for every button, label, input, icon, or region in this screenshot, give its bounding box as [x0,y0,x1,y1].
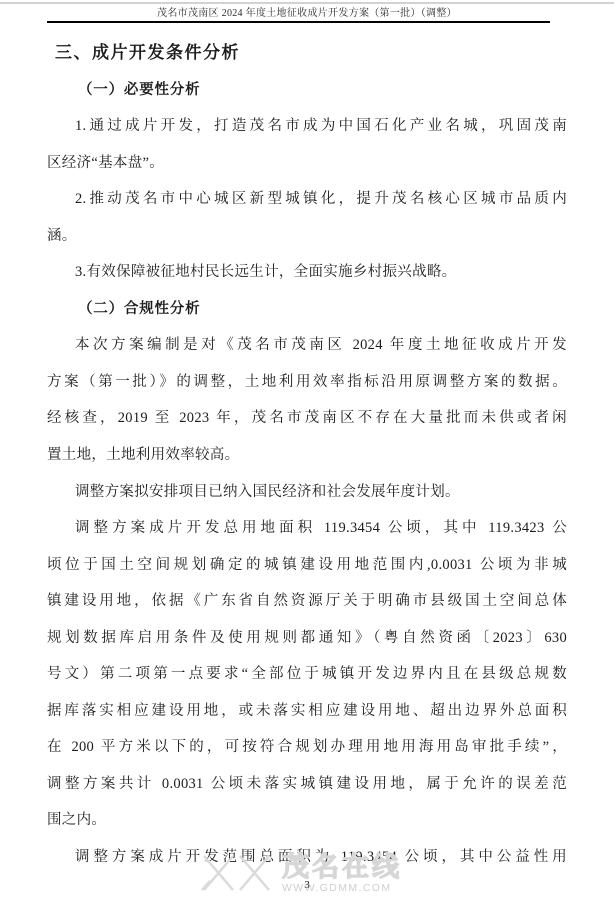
document-line: 顷位于国土空间规划确定的城镇建设用地范围内,0.0031 公顷为非城 [47,547,567,584]
document-line: 2.推动茂名市中心城区新型城镇化，提升茂名核心区城市品质内 [47,181,567,218]
document-line: 据库落实相应建设用地，或未落实相应建设用地、超出边界外总面积 [47,693,567,730]
subsection-heading: （一）必要性分析 [47,72,567,109]
document-line: 置土地，土地利用效率较高。 [47,437,567,474]
document-line: 方案（第一批）》的调整，土地利用效率指标沿用原调整方案的数据。 [47,364,567,401]
document-body: 三、成片开发条件分析 （一）必要性分析 1.通过成片开发，打造茂名市成为中国石化… [47,35,567,876]
page-number: 3 [0,879,614,891]
header-rule [47,21,550,23]
document-line: 镇建设用地，依据《广东省自然资源厅关于明确市县级国土空间总体 [47,583,567,620]
document-line: 区经济“基本盘”。 [47,145,567,182]
document-line: 涵。 [47,218,567,255]
document-page: 茂名市茂南区 2024 年度土地征收成片开发方案（第一批）（调整） 三、成片开发… [0,0,614,903]
section-heading: 三、成片开发条件分析 [47,35,567,72]
document-line: 经核查，2019 至 2023 年，茂名市茂南区不存在大量批而未供或者闲 [47,400,567,437]
subsection-heading: （二）合规性分析 [47,291,567,328]
page-header-title: 茂名市茂南区 2024 年度土地征收成片开发方案（第一批）（调整） [0,4,614,19]
document-line: 3.有效保障被征地村民长远生计，全面实施乡村振兴战略。 [47,254,567,291]
document-line: 调整方案共计 0.0031 公顷未落实城镇建设用地，属于允许的误差范 [47,766,567,803]
document-line: 在 200 平方米以下的，可按符合规划办理用地用海用岛审批手续”， [47,729,567,766]
document-line: 围之内。 [47,802,567,839]
document-line: 规划数据库启用条件及使用规则都通知》（粤自然资函〔2023〕630 [47,620,567,657]
document-line: 调整方案成片开发总用地面积 119.3454 公顷，其中 119.3423 公 [47,510,567,547]
document-line: 调整方案拟安排项目已纳入国民经济和社会发展年度计划。 [47,474,567,511]
document-line: 号文）第二项第一点要求“全部位于城镇开发边界内且在县级总规数 [47,656,567,693]
document-line: 1.通过成片开发，打造茂名市成为中国石化产业名城，巩固茂南 [47,108,567,145]
document-line: 本次方案编制是对《茂名市茂南区 2024 年度土地征收成片开发 [47,327,567,364]
